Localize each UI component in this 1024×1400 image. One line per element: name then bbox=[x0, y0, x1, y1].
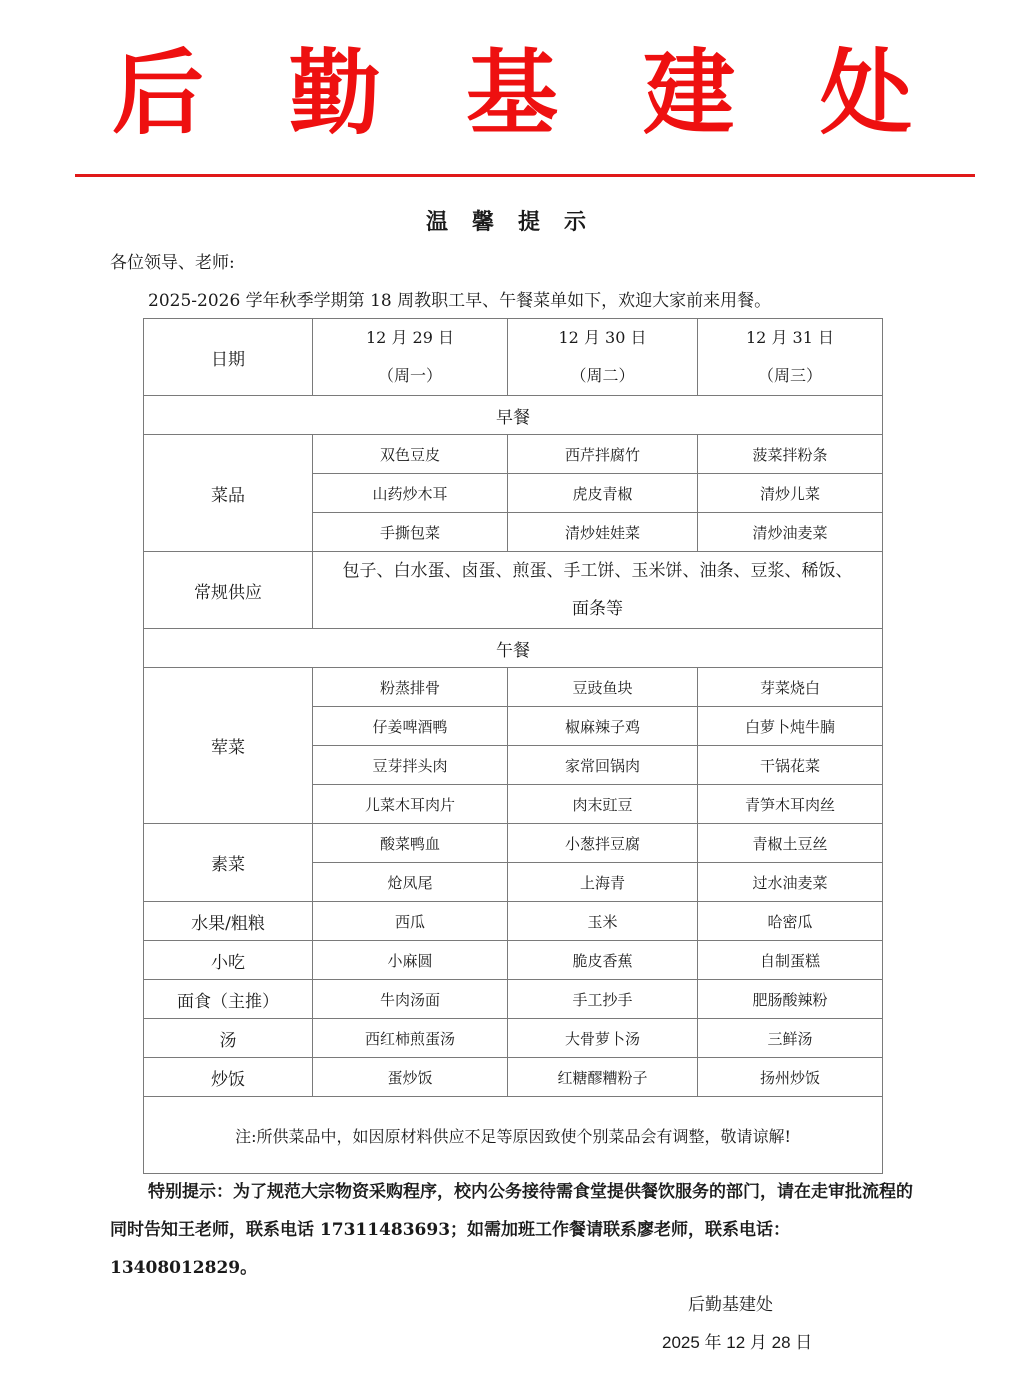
regular-supply-items: 包子、白水蛋、卤蛋、煎蛋、手工饼、玉米饼、油条、豆浆、稀饭、面条等 bbox=[313, 552, 883, 629]
letterhead-divider bbox=[75, 174, 975, 177]
day-weekday: （周一） bbox=[313, 357, 507, 395]
dish-cell: 小麻圆 bbox=[313, 941, 508, 980]
dish-cell: 仔姜啤酒鸭 bbox=[313, 707, 508, 746]
dish-cell: 大骨萝卜汤 bbox=[508, 1019, 698, 1058]
dish-cell: 西瓜 bbox=[313, 902, 508, 941]
letterhead-char: 处 bbox=[820, 47, 912, 139]
dish-cell: 扬州炒饭 bbox=[698, 1058, 883, 1097]
noodle-label: 面食（主推） bbox=[144, 980, 313, 1019]
letterhead-char: 建 bbox=[643, 47, 735, 139]
fruit-grain-label: 水果/粗粮 bbox=[144, 902, 313, 941]
regular-supply-label: 常规供应 bbox=[144, 552, 313, 629]
dish-cell: 青笋木耳肉丝 bbox=[698, 785, 883, 824]
dish-cell: 粉蒸排骨 bbox=[313, 668, 508, 707]
snack-label: 小吃 bbox=[144, 941, 313, 980]
meat-dishes-label: 荤菜 bbox=[144, 668, 313, 824]
soup-label: 汤 bbox=[144, 1019, 313, 1058]
dish-cell: 炝凤尾 bbox=[313, 863, 508, 902]
dish-cell: 自制蛋糕 bbox=[698, 941, 883, 980]
dish-cell: 玉米 bbox=[508, 902, 698, 941]
table-row: 汤 西红柿煎蛋汤 大骨萝卜汤 三鲜汤 bbox=[144, 1019, 883, 1058]
date-label: 日期 bbox=[144, 319, 313, 396]
dish-cell: 手撕包菜 bbox=[313, 513, 508, 552]
dish-cell: 红糖醪糟粉子 bbox=[508, 1058, 698, 1097]
dish-cell: 脆皮香蕉 bbox=[508, 941, 698, 980]
breakfast-dishes-label: 菜品 bbox=[144, 435, 313, 552]
note-row: 注:所供菜品中，如因原材料供应不足等原因致使个别菜品会有调整，敬请谅解! bbox=[144, 1097, 883, 1174]
signature-date: 2025 年 12 月 28 日 bbox=[662, 1328, 812, 1353]
notice-title: 温馨提示 bbox=[0, 205, 1024, 236]
dish-cell: 上海青 bbox=[508, 863, 698, 902]
dish-cell: 清炒娃娃菜 bbox=[508, 513, 698, 552]
fried-rice-label: 炒饭 bbox=[144, 1058, 313, 1097]
table-row: 炒饭 蛋炒饭 红糖醪糟粉子 扬州炒饭 bbox=[144, 1058, 883, 1097]
dish-cell: 豆豉鱼块 bbox=[508, 668, 698, 707]
lunch-section-row: 午餐 bbox=[144, 629, 883, 668]
day-weekday: （周二） bbox=[508, 357, 697, 395]
breakfast-section-label: 早餐 bbox=[144, 396, 883, 435]
dish-cell: 蛋炒饭 bbox=[313, 1058, 508, 1097]
dish-cell: 清炒儿菜 bbox=[698, 474, 883, 513]
regular-supply-line: 包子、白水蛋、卤蛋、煎蛋、手工饼、玉米饼、油条、豆浆、稀饭、 bbox=[317, 552, 878, 590]
dish-cell: 肉末豇豆 bbox=[508, 785, 698, 824]
menu-table: 日期 12 月 29 日（周一） 12 月 30 日（周二） 12 月 31 日… bbox=[143, 318, 883, 1174]
org-letterhead: 后 勤 基 建 处 bbox=[112, 38, 912, 148]
special-notice: 特别提示：为了规范大宗物资采购程序，校内公务接待需食堂提供餐饮服务的部门，请在走… bbox=[110, 1173, 920, 1287]
table-row: 小吃 小麻圆 脆皮香蕉 自制蛋糕 bbox=[144, 941, 883, 980]
signature-org: 后勤基建处 bbox=[688, 1290, 773, 1315]
letterhead-char: 基 bbox=[466, 47, 558, 139]
regular-supply-row: 常规供应 包子、白水蛋、卤蛋、煎蛋、手工饼、玉米饼、油条、豆浆、稀饭、面条等 bbox=[144, 552, 883, 629]
table-row: 菜品 双色豆皮 西芹拌腐竹 菠菜拌粉条 bbox=[144, 435, 883, 474]
dish-cell: 芽菜烧白 bbox=[698, 668, 883, 707]
day-date: 12 月 29 日 bbox=[313, 319, 507, 357]
day-header: 12 月 30 日（周二） bbox=[508, 319, 698, 396]
letterhead-char: 后 bbox=[112, 47, 204, 139]
table-row: 水果/粗粮 西瓜 玉米 哈密瓜 bbox=[144, 902, 883, 941]
breakfast-section-row: 早餐 bbox=[144, 396, 883, 435]
salutation: 各位领导、老师: bbox=[110, 248, 235, 273]
table-row: 荤菜 粉蒸排骨 豆豉鱼块 芽菜烧白 bbox=[144, 668, 883, 707]
veg-dishes-label: 素菜 bbox=[144, 824, 313, 902]
dish-cell: 山药炒木耳 bbox=[313, 474, 508, 513]
intro-paragraph: 2025-2026 学年秋季学期第 18 周教职工早、午餐菜单如下，欢迎大家前来… bbox=[148, 286, 771, 311]
table-row: 素菜 酸菜鸭血 小葱拌豆腐 青椒土豆丝 bbox=[144, 824, 883, 863]
dish-cell: 儿菜木耳肉片 bbox=[313, 785, 508, 824]
dish-cell: 白萝卜炖牛腩 bbox=[698, 707, 883, 746]
dish-cell: 小葱拌豆腐 bbox=[508, 824, 698, 863]
day-date: 12 月 30 日 bbox=[508, 319, 697, 357]
lunch-section-label: 午餐 bbox=[144, 629, 883, 668]
dish-cell: 清炒油麦菜 bbox=[698, 513, 883, 552]
letterhead-char: 勤 bbox=[289, 47, 381, 139]
menu-note: 注:所供菜品中，如因原材料供应不足等原因致使个别菜品会有调整，敬请谅解! bbox=[144, 1097, 883, 1174]
dish-cell: 豆芽拌头肉 bbox=[313, 746, 508, 785]
dish-cell: 青椒土豆丝 bbox=[698, 824, 883, 863]
dish-cell: 肥肠酸辣粉 bbox=[698, 980, 883, 1019]
dish-cell: 干锅花菜 bbox=[698, 746, 883, 785]
table-row: 面食（主推） 牛肉汤面 手工抄手 肥肠酸辣粉 bbox=[144, 980, 883, 1019]
dish-cell: 牛肉汤面 bbox=[313, 980, 508, 1019]
regular-supply-line: 面条等 bbox=[317, 590, 878, 628]
dish-cell: 过水油麦菜 bbox=[698, 863, 883, 902]
dish-cell: 西芹拌腐竹 bbox=[508, 435, 698, 474]
dish-cell: 菠菜拌粉条 bbox=[698, 435, 883, 474]
dish-cell: 西红柿煎蛋汤 bbox=[313, 1019, 508, 1058]
dish-cell: 双色豆皮 bbox=[313, 435, 508, 474]
dish-cell: 家常回锅肉 bbox=[508, 746, 698, 785]
day-date: 12 月 31 日 bbox=[698, 319, 882, 357]
day-header: 12 月 29 日（周一） bbox=[313, 319, 508, 396]
dish-cell: 哈密瓜 bbox=[698, 902, 883, 941]
dish-cell: 酸菜鸭血 bbox=[313, 824, 508, 863]
day-weekday: （周三） bbox=[698, 357, 882, 395]
dish-cell: 三鲜汤 bbox=[698, 1019, 883, 1058]
dish-cell: 椒麻辣子鸡 bbox=[508, 707, 698, 746]
dish-cell: 手工抄手 bbox=[508, 980, 698, 1019]
date-header-row: 日期 12 月 29 日（周一） 12 月 30 日（周二） 12 月 31 日… bbox=[144, 319, 883, 396]
dish-cell: 虎皮青椒 bbox=[508, 474, 698, 513]
day-header: 12 月 31 日（周三） bbox=[698, 319, 883, 396]
